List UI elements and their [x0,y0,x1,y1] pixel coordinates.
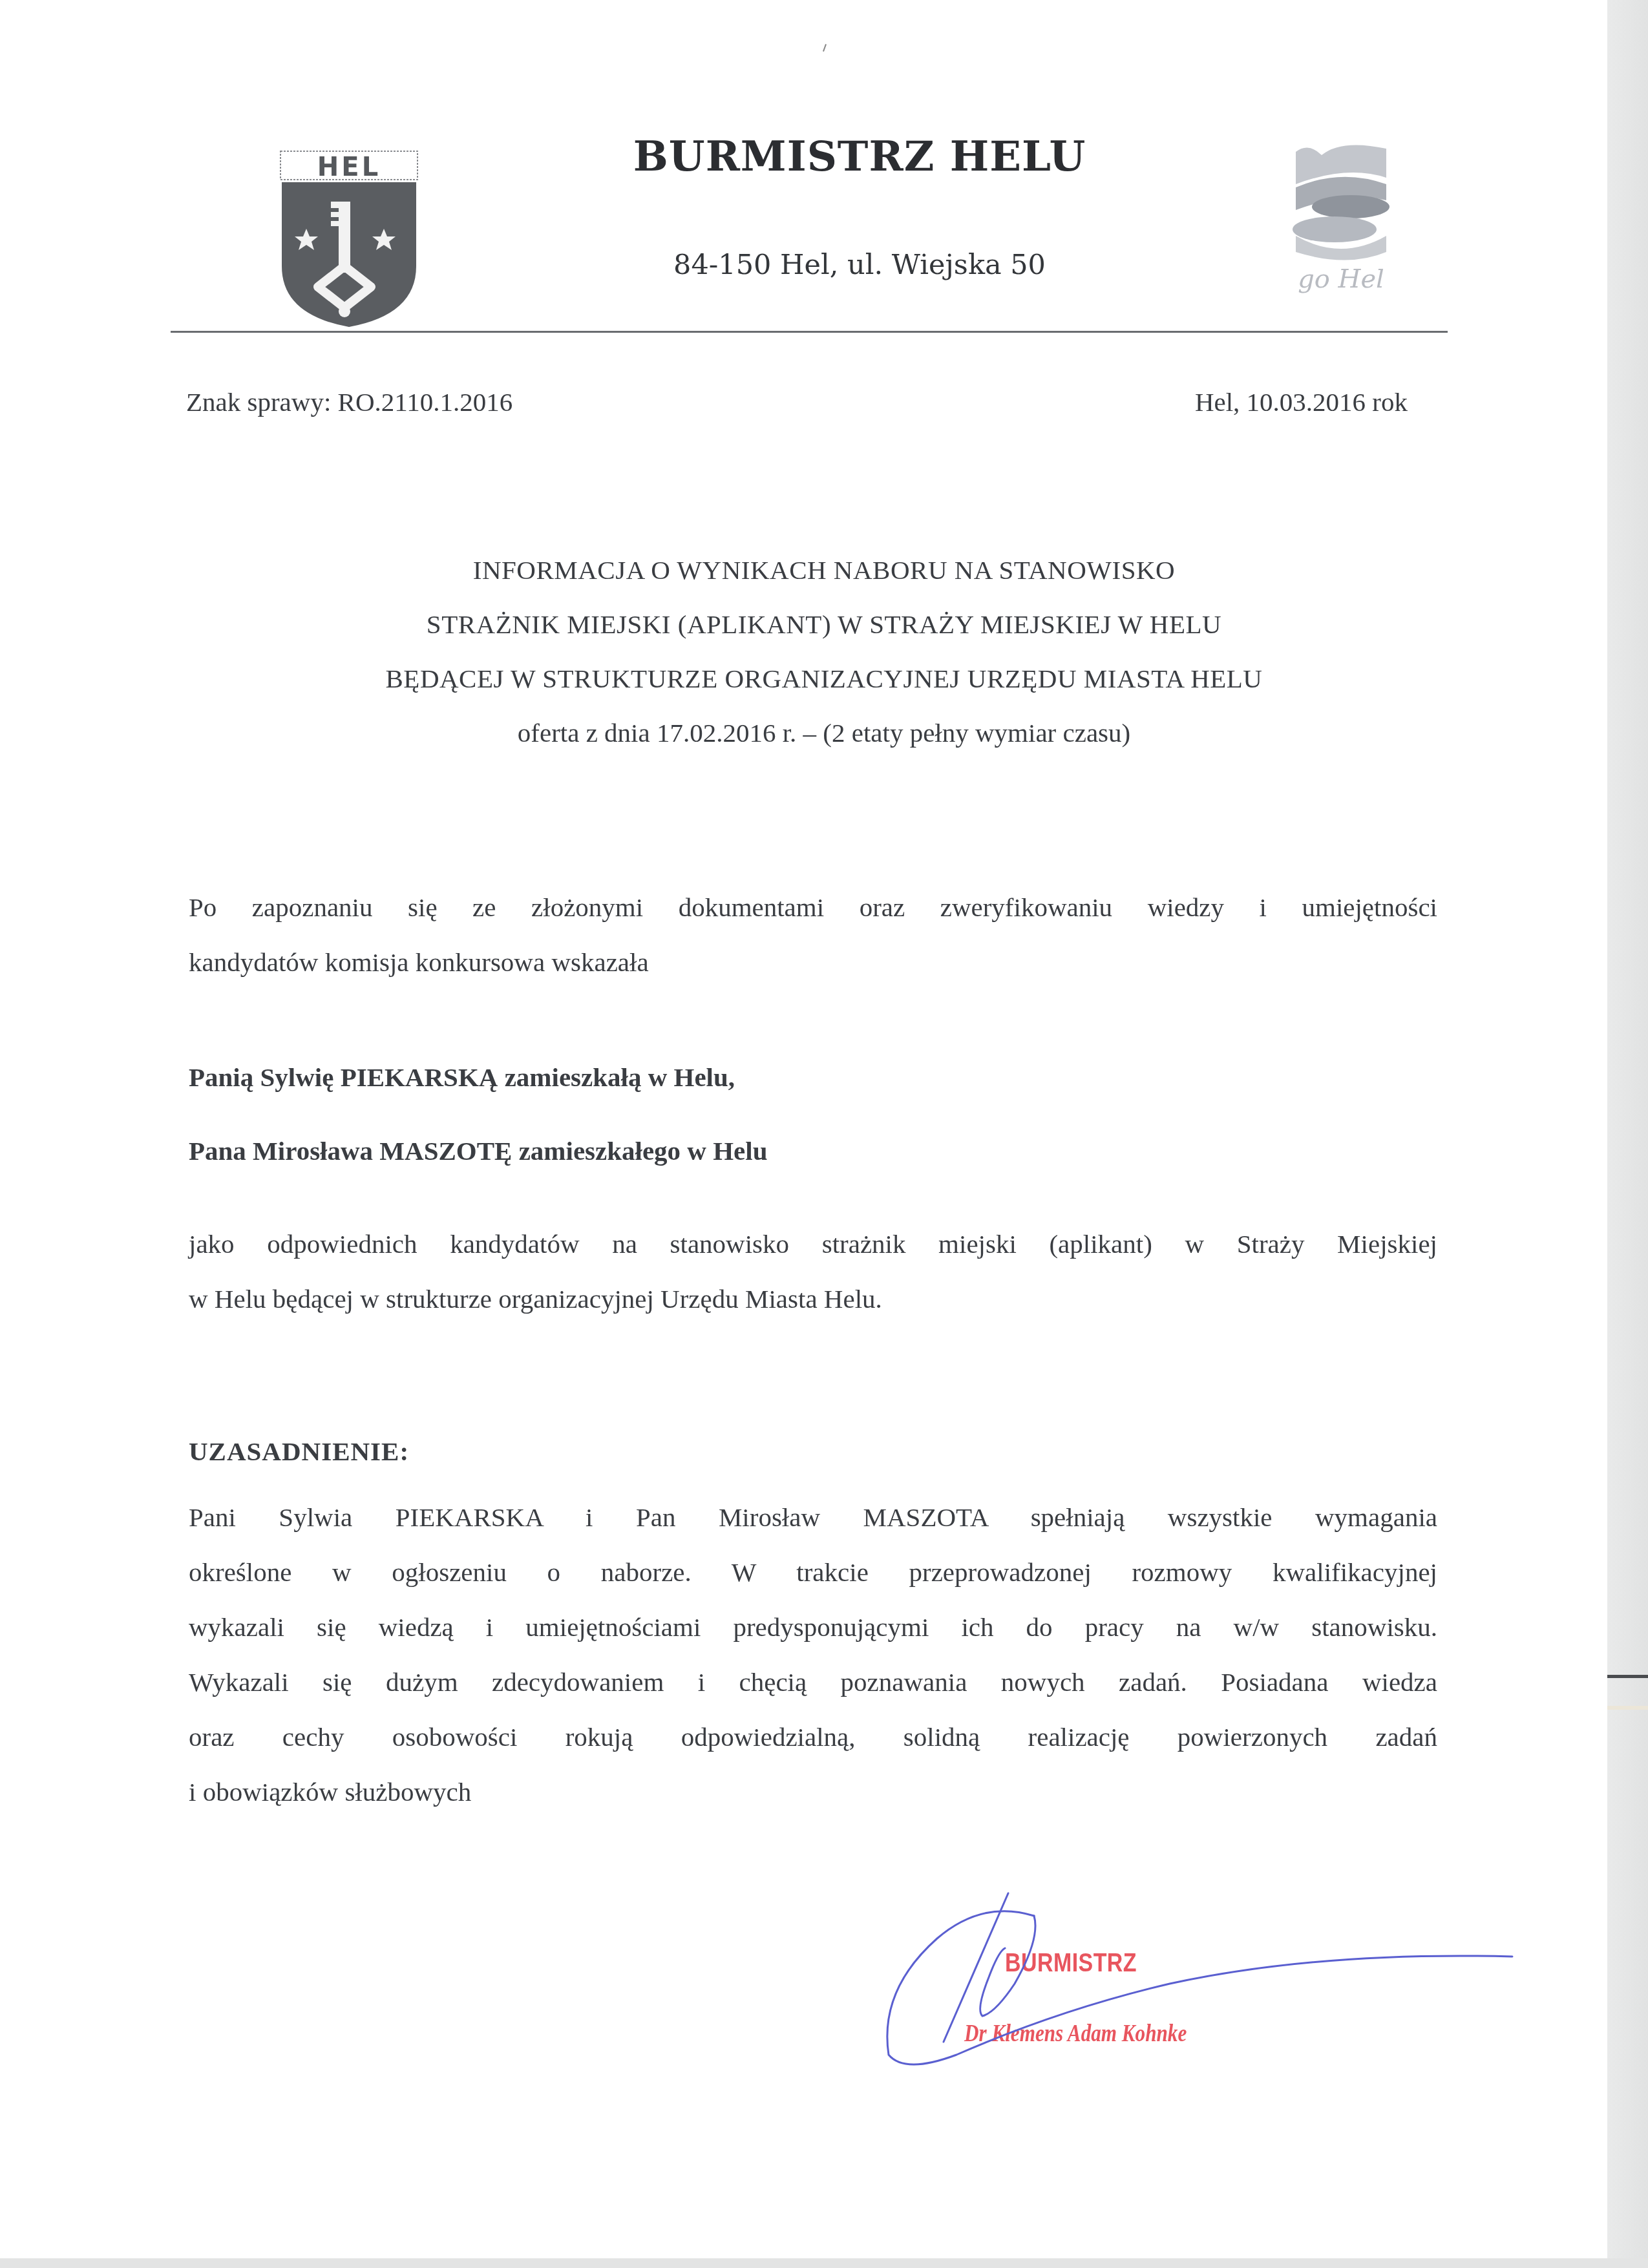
go-hel-fish-logo-icon: go Hel [1283,139,1399,300]
office-title: BURMISTRZ HELU [582,132,1137,181]
justification-heading: UZASADNIENIE: [189,1436,409,1467]
document-title: INFORMACJA O WYNIKACH NABORU NA STANOWIS… [168,543,1480,760]
intro-paragraph: Po zapoznaniu się ze złożonymi dokumenta… [189,880,1437,990]
candidate-item: Pana Mirosława MASZOTĘ zamieszkałego w H… [189,1114,768,1188]
scan-artifact-tick [823,44,827,52]
candidate-list: Panią Sylwię PIEKARSKĄ zamieszkałą w Hel… [189,1040,768,1188]
text-line: Wykazali się dużym zdecydowaniem i chęci… [189,1655,1437,1710]
text-line: Po zapoznaniu się ze złożonymi dokumenta… [189,880,1437,935]
text-line: wykazali się wiedzą i umiejętnościami pr… [189,1600,1437,1655]
scan-edge-bottom [0,2258,1648,2268]
office-address: 84-150 Hel, ul. Wiejska 50 [582,249,1137,281]
text-line: w Helu będącej w strukturze organizacyjn… [189,1272,1437,1327]
scan-artifact-mark [1607,1706,1648,1710]
header-divider [171,331,1448,333]
scan-artifact-mark [1607,1675,1648,1678]
title-line: BĘDĄCEJ W STRUKTURZE ORGANIZACYJNEJ URZĘ… [168,651,1480,706]
conclusion-paragraph: jako odpowiednich kandydatów na stanowis… [189,1217,1437,1327]
title-line: INFORMACJA O WYNIKACH NABORU NA STANOWIS… [168,543,1480,597]
svg-text:HEL: HEL [317,152,381,182]
title-line: STRAŻNIK MIEJSKI (APLIKANT) W STRAŻY MIE… [168,597,1480,651]
handwritten-signature-icon [866,1887,1538,2094]
case-reference: Znak sprawy: RO.2110.1.2016 [186,386,512,417]
text-line: jako odpowiednich kandydatów na stanowis… [189,1217,1437,1272]
hel-coat-of-arms-icon: HEL [279,150,419,328]
title-subtitle: oferta z dnia 17.02.2016 r. – (2 etaty p… [168,706,1480,760]
scan-edge-right [1607,0,1648,2268]
text-line: Pani Sylwia PIEKARSKA i Pan Mirosław MAS… [189,1490,1437,1545]
text-line: kandydatów komisja konkursowa wskazała [189,935,1437,990]
candidate-item: Panią Sylwię PIEKARSKĄ zamieszkałą w Hel… [189,1040,768,1114]
place-and-date: Hel, 10.03.2016 rok [1195,386,1408,417]
justification-paragraph: Pani Sylwia PIEKARSKA i Pan Mirosław MAS… [189,1490,1437,1820]
text-line: oraz cechy osobowości rokują odpowiedzia… [189,1710,1437,1765]
svg-text:go Hel: go Hel [1298,264,1384,294]
text-line: określone w ogłoszeniu o naborze. W trak… [189,1545,1437,1600]
text-line: i obowiązków służbowych [189,1765,1437,1820]
